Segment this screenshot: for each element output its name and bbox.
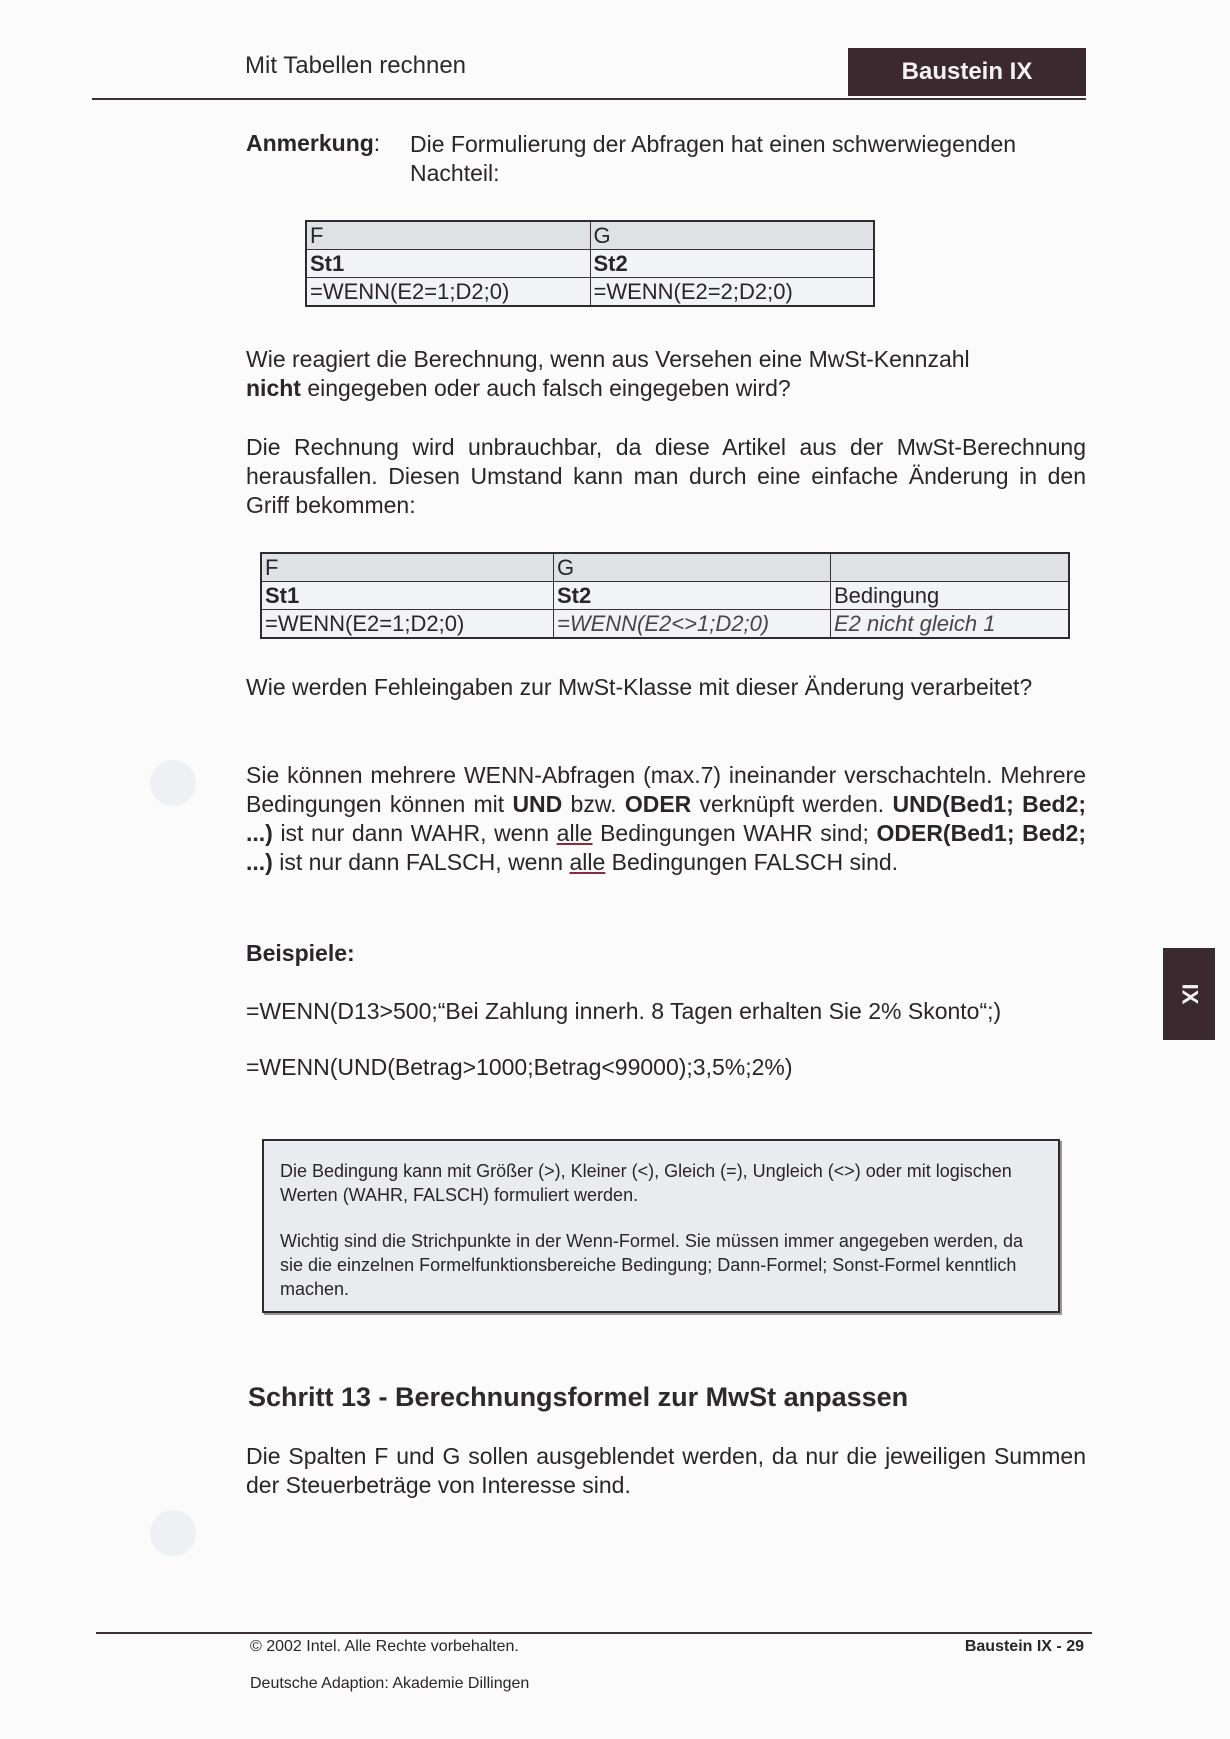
cell: St2 [554,582,831,610]
cell: =WENN(E2=1;D2;0) [306,278,590,307]
faint-margin-mark [150,760,196,806]
chapter-side-tab: IX [1163,948,1215,1040]
cell: St1 [306,250,590,278]
examples-heading: Beispiele: [246,940,355,967]
example-formula-1: =WENN(D13>500;“Bei Zahlung innerh. 8 Tag… [246,998,1001,1025]
table-row: St1 St2 [306,250,874,278]
table-row: St1 St2 Bedingung [261,582,1069,610]
chapter-badge: Baustein IX [848,48,1086,96]
chapter-badge-label: Baustein IX [902,58,1033,86]
footer-divider [96,1632,1092,1634]
question-paragraph: Wie reagiert die Berechnung, wenn aus Ve… [246,345,1086,403]
answer-paragraph: Die Rechnung wird unbrauchbar, da diese … [246,433,1086,520]
info-box: Die Bedingung kann mit Größer (>), Klein… [262,1139,1060,1313]
section-text: Die Spalten F und G sollen ausgeblendet … [246,1442,1086,1500]
info-text-2: Wichtig sind die Strichpunkte in der Wen… [280,1229,1042,1301]
cell: St1 [261,582,554,610]
example-formula-2: =WENN(UND(Betrag>1000;Betrag<99000);3,5%… [246,1054,793,1081]
formula-table-original: F G St1 St2 =WENN(E2=1;D2;0) =WENN(E2=2;… [305,220,875,307]
section-heading: Schritt 13 - Berechnungsformel zur MwSt … [248,1382,908,1413]
note-text: Die Formulierung der Abfragen hat einen … [410,130,1086,188]
formula-table-improved: F G St1 St2 Bedingung =WENN(E2=1;D2;0) =… [260,552,1070,639]
cell: F [306,221,590,250]
footer-page-number: Baustein IX - 29 [960,1638,1084,1656]
table-row: =WENN(E2=1;D2;0) =WENN(E2<>1;D2;0) E2 ni… [261,610,1069,639]
cell: Bedingung [831,582,1070,610]
table-row: =WENN(E2=1;D2;0) =WENN(E2=2;D2;0) [306,278,874,307]
header-divider [92,98,1086,100]
page-header-title: Mit Tabellen rechnen [245,52,466,80]
cell: F [261,553,554,582]
faint-margin-mark [150,1510,196,1556]
cell: St2 [590,250,874,278]
footer-copyright: © 2002 Intel. Alle Rechte vorbehalten. [250,1638,519,1656]
cell: E2 nicht gleich 1 [831,610,1070,639]
cell: =WENN(E2=1;D2;0) [261,610,554,639]
table-row: F G [261,553,1069,582]
nesting-paragraph: Sie können mehrere WENN-Abfragen (max.7)… [246,761,1086,877]
cell [831,553,1070,582]
cell: G [554,553,831,582]
cell: =WENN(E2=2;D2;0) [590,278,874,307]
info-text-1: Die Bedingung kann mit Größer (>), Klein… [280,1159,1042,1207]
cell: G [590,221,874,250]
question-paragraph-2: Wie werden Fehleingaben zur MwSt-Klasse … [246,673,1086,702]
table-row: F G [306,221,874,250]
note-label: Anmerkung: [246,130,380,157]
cell: =WENN(E2<>1;D2;0) [554,610,831,639]
footer-adaption: Deutsche Adaption: Akademie Dillingen [250,1675,529,1693]
